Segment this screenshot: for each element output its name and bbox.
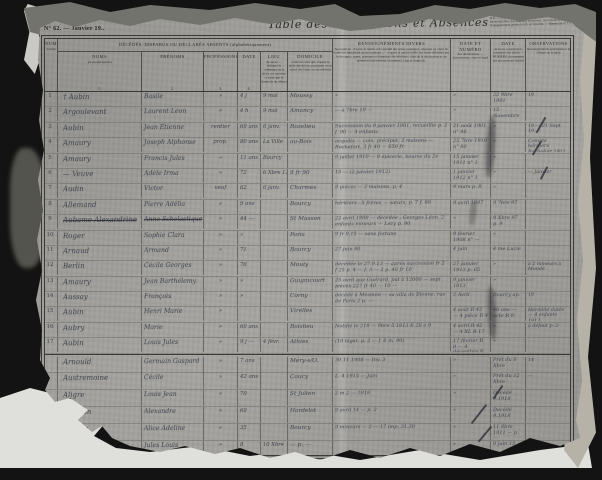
- cell-lieu: [261, 261, 288, 276]
- cell-date: 76: [238, 261, 261, 276]
- cell-nom: Arnaud: [58, 246, 142, 261]
- cell-renseignements: 25 avril que Guérard, put à 12000 — sept…: [333, 276, 451, 291]
- col-header-date: DATE 4.: [238, 52, 261, 92]
- cell-profession: »: [204, 215, 238, 230]
- table-row: 11 Arnaud Armand » 71 Bourcy 27 juin 90 …: [45, 246, 570, 261]
- cell-domicile: [288, 153, 333, 168]
- cell-prenoms: Marie: [142, 323, 204, 338]
- cell-profession: veuf: [204, 184, 238, 199]
- cell-prenoms: Louis Jules: [142, 338, 204, 353]
- cell-nom: Roger: [58, 230, 142, 245]
- cell-nom: Aubin: [58, 307, 142, 322]
- cell-lieu: 6 janv.: [261, 123, 288, 138]
- table-row: Aurillon Alexandre » 60 Hardelot 9 avril…: [45, 407, 570, 424]
- cell-declaration: 9 février 1908 n° —: [451, 230, 491, 245]
- table-row: 8 Allemand Pierre Adélia » 9 ans Bourcy …: [45, 200, 570, 215]
- cell-lieu: [261, 407, 288, 423]
- cell-observations: 19: [526, 92, 571, 107]
- cell-observations: [526, 153, 571, 168]
- cell-renseignements: 9 avril 14 — p. 2: [333, 407, 451, 424]
- cell-paiement: 22 9bre 1901: [491, 92, 526, 107]
- cell-observations: [526, 390, 571, 406]
- cell-renseignements: 9 fr 9,15 — sans fortune: [333, 230, 451, 245]
- cell-profession: »: [204, 407, 238, 423]
- cell-declaration: »: [451, 357, 491, 373]
- cell-renseignements: [333, 307, 451, 322]
- cell-nom: — Veuve: [58, 169, 142, 184]
- cell-domicile: Mouly: [288, 261, 333, 276]
- col-header-domicile: DOMICILE noms de ceux qui, d'après la ta…: [288, 52, 333, 92]
- cell-lieu: [261, 390, 288, 406]
- cell-lieu: 6 Xbre 11: [261, 169, 288, 184]
- cell-date: »: [238, 230, 261, 245]
- cell-date: 11 ans: [238, 153, 261, 168]
- cell-nom: Arnould: [58, 356, 142, 372]
- cell-prenoms: Germain Gaspard: [142, 356, 204, 372]
- cell-domicile: Virelles: [288, 307, 333, 322]
- cell-lieu: La Ville: [261, 138, 288, 153]
- cell-domicile: Bourcy: [288, 424, 333, 440]
- cell-domicile: Corny: [288, 292, 333, 307]
- cell-renseignements: décédé à Mesmon — sa villa de Bienne, ru…: [333, 292, 451, 307]
- cell-profession: »: [204, 424, 238, 440]
- cell-lieu: 10 Xbre: [261, 441, 288, 457]
- cell-observations: [526, 184, 571, 199]
- cell-observations: Hérédité datée — 4 enfants 1913: [526, 307, 571, 322]
- cell-prenoms: Louis Jean: [142, 390, 204, 406]
- cell-nom: Berlin: [58, 261, 142, 276]
- cell-lieu: [261, 246, 288, 261]
- col-header-numero: NUMÉRO d'ordre: [45, 39, 58, 92]
- cell-domicile: Moussy: [288, 92, 333, 107]
- cell-lieu: [261, 323, 288, 338]
- section-separator: [45, 354, 570, 356]
- cell-date: 35: [238, 424, 261, 440]
- group-header: DÉCÉDÉS, DISPARUS OU DÉCLARÉS ABSENTS (a…: [58, 39, 333, 52]
- cell-domicile: Coucy: [288, 373, 333, 389]
- cell-profession: »: [204, 373, 238, 389]
- cell-lieu: [261, 230, 288, 245]
- cell-domicile: Rozelieu: [288, 123, 333, 138]
- cell-prenoms: Henri Marie: [142, 307, 204, 322]
- cell-domicile: Charmes: [288, 184, 333, 199]
- cell-domicile: Bourcy: [288, 200, 333, 215]
- scanned-register-page: N° 62. — Janvier 19.. Table des Successi…: [0, 0, 602, 480]
- cell-domicile: Paris: [288, 230, 333, 245]
- cell-date: 70: [238, 390, 261, 406]
- cell-profession: »: [204, 153, 238, 168]
- col-header-lieu: LIEU du décès — indiquer la commune où l…: [261, 52, 288, 92]
- cell-nom: Aubame Alexandrine: [58, 215, 142, 230]
- cell-observations: [526, 246, 571, 261]
- cell-lieu: [261, 215, 288, 230]
- cell-numero: 17: [45, 338, 58, 352]
- cell-date: 60: [238, 407, 261, 423]
- cell-numero: 11: [45, 246, 58, 260]
- cell-numero: 13: [45, 277, 58, 291]
- cell-profession: »: [204, 323, 238, 338]
- cell-nom: Amaury: [58, 153, 142, 168]
- cell-profession: »: [204, 292, 238, 307]
- cell-declaration: 4 juin: [451, 246, 491, 261]
- cell-lieu: 9 mai: [261, 92, 288, 107]
- cell-renseignements: acquêts — com. préciput, 2 maisons — Roc…: [333, 138, 451, 153]
- cell-profession: »: [204, 307, 238, 322]
- cell-prenoms: Laurent Léon: [142, 107, 204, 122]
- cell-lieu: [261, 357, 288, 373]
- cell-numero: 14: [45, 292, 58, 306]
- cell-domicile: Amancy: [288, 107, 333, 122]
- cell-domicile: Athies: [288, 338, 333, 353]
- cell-paiement: 9 7bre 97: [491, 200, 526, 215]
- cell-renseignements: 22 avril 1908 — décédée ; Georges Léon, …: [333, 215, 451, 230]
- cell-prenoms: Anne Scholastique: [142, 215, 204, 230]
- cell-prenoms: François: [142, 292, 204, 307]
- cell-profession: rentier: [204, 123, 238, 138]
- table-row: 1 † Aubin Basile » 4 j 9 mai Moussy » » …: [45, 92, 570, 107]
- table-row: 17 Aubin Louis Jules » 9 j — 4 févr. Ath…: [45, 338, 570, 353]
- cell-prenoms: Victor: [142, 184, 204, 199]
- cell-paiement: »: [491, 230, 526, 245]
- cell-prenoms: Cécile: [142, 373, 204, 389]
- cell-prenoms: Jean Barthélemy: [142, 276, 204, 291]
- cell-observations: [526, 107, 571, 122]
- cell-date: 71: [238, 246, 261, 261]
- cell-nom: Argoulevant: [58, 107, 142, 122]
- cell-paiement: »: [491, 153, 526, 168]
- cell-paiement: »: [491, 184, 526, 199]
- cell-date: 8: [238, 441, 261, 457]
- col-header-prenoms: PRÉNOMS 2.: [142, 52, 204, 92]
- cell-renseignements: Succession du 9 janvier 1901, recueillie…: [333, 122, 451, 137]
- cell-nom: Austremoine: [58, 373, 142, 389]
- cell-renseignements: »: [333, 92, 451, 107]
- cell-numero: 4: [45, 138, 58, 152]
- cell-domicile: Méry-s/O.: [288, 356, 333, 372]
- cell-declaration: 21 août 1901 n° 46: [451, 123, 491, 138]
- cell-date: 60 ans: [238, 323, 261, 338]
- cell-lieu: [261, 424, 288, 440]
- cell-nom: Aubin: [58, 338, 142, 353]
- table-row: Aligre Louis Jean » 70 St Julien 2 m 2 —…: [45, 390, 570, 407]
- cell-numero: 16: [45, 323, 58, 337]
- cell-observations: [526, 200, 571, 215]
- cell-numero: 10: [45, 230, 58, 244]
- cell-date: »: [238, 292, 261, 307]
- cell-date: 9 j —: [238, 338, 261, 353]
- cell-domicile: St Julien: [288, 390, 333, 406]
- table-header: NUMÉRO d'ordre DÉCÉDÉS, DISPARUS OU DÉCL…: [45, 39, 570, 92]
- cell-declaration: 4 août R 42 — 4 pièce R 4: [451, 307, 491, 322]
- cell-paiement: Bourcy ap.: [491, 292, 526, 307]
- cell-lieu: 4 févr.: [261, 338, 288, 353]
- cell-domicile: Boislieu: [288, 323, 333, 338]
- cell-prenoms: Basile: [142, 92, 204, 107]
- cell-domicile: Guignicourt: [288, 277, 333, 292]
- table-row: 9 Aubame Alexandrine Anne Scholastique »…: [45, 215, 570, 230]
- register-sheet: N° 62. — Janvier 19.. Table des Successi…: [0, 0, 602, 480]
- cell-prenoms: Jean Étienne: [142, 123, 204, 138]
- cell-prenoms: Alice Adeline: [142, 424, 204, 440]
- cell-date: 4 h: [238, 107, 261, 122]
- cell-prenoms: Armand: [142, 246, 204, 261]
- cell-prenoms: Pierre Adélia: [142, 200, 204, 215]
- cell-renseignements: Notifié le 218 — 9bre 5 1913 E 28 o 9: [333, 322, 451, 337]
- cell-declaration: 27 janvier 1913 p. 65: [451, 261, 491, 276]
- table-row: Arnould Germain Gaspard » 7 ans Méry-s/O…: [45, 357, 570, 374]
- cell-profession: »: [204, 357, 238, 373]
- cell-paiement: »: [491, 123, 526, 138]
- cell-date: [238, 307, 261, 322]
- cell-declaration: 9 janvier 1913: [451, 277, 491, 292]
- cell-observations: à 2 mineurs à Mondé: [526, 261, 571, 276]
- cell-domicile: St Masson: [288, 215, 333, 230]
- cell-numero: 1: [45, 92, 58, 106]
- cell-paiement: »: [491, 261, 526, 276]
- cell-paiement: »: [491, 338, 526, 353]
- cell-date: 7 ans: [238, 357, 261, 373]
- cell-domicile: Hardelot: [288, 407, 333, 423]
- cell-renseignements: héritiers : 5 frères — sœurs, p. 7 f. 90: [333, 199, 451, 214]
- cell-observations: [526, 277, 571, 292]
- cell-profession: »: [204, 338, 238, 353]
- cell-numero: 12: [45, 261, 58, 275]
- cell-date: 72: [238, 169, 261, 184]
- cell-paiement: »: [491, 169, 526, 184]
- cell-paiement: 15 Novembre: [491, 107, 526, 122]
- cell-date: 4 j: [238, 92, 261, 107]
- cell-observations: — Janvier: [526, 169, 571, 184]
- cell-date: 44 —: [238, 215, 261, 230]
- cell-prenoms: Adèle Irma: [142, 169, 204, 184]
- cell-observations: [526, 424, 571, 440]
- cell-profession: »: [204, 261, 238, 276]
- cell-profession: »: [204, 107, 238, 122]
- cell-date: 62: [238, 184, 261, 199]
- cell-numero: 8: [45, 200, 58, 214]
- cell-prenoms: Cécile Georges: [142, 261, 204, 276]
- col-header-professions: PROFESSIONS 3.: [204, 52, 238, 92]
- cell-nom: † Aubin: [58, 92, 142, 107]
- cell-observations: [526, 338, 571, 353]
- table-row: Austremoine Cécile » 42 ans Coucy L. 4 1…: [45, 373, 570, 390]
- cell-paiement: 11 8bre 1911 — p. —: [491, 424, 526, 440]
- cell-paiement: »: [491, 138, 526, 153]
- cell-profession: »: [204, 277, 238, 292]
- cell-renseignements: 9 juillet 1910 — 9 épicerie, bourse du 2…: [333, 153, 451, 168]
- cell-profession: »: [204, 246, 238, 261]
- cell-renseignements: (10 légat. p. 2 — f. 6 m. 90): [333, 338, 451, 353]
- cell-declaration: 9 mars p. 8: [451, 184, 491, 199]
- cell-lieu: [261, 277, 288, 292]
- cell-renseignements: décédée le 27.9.13 — après succession fr…: [333, 261, 451, 276]
- col-header-declarations: DATE ET NUMÉRO des déclarations — (succe…: [451, 39, 491, 92]
- cell-observations: —: [526, 373, 571, 389]
- cell-observations: à défaut p. 2: [526, 323, 571, 338]
- cell-observations: [526, 230, 571, 245]
- cell-date: 42 ans: [238, 373, 261, 389]
- cell-numero: 2: [45, 107, 58, 121]
- table-row: 10 Roger Sophie Clara » » Paris 9 fr 9,1…: [45, 231, 570, 246]
- col-header-observations: OBSERVATIONS Renseignements postérieurs …: [526, 39, 571, 92]
- cell-lieu: 9 mai: [261, 107, 288, 122]
- cell-nom: Amaury: [58, 276, 142, 291]
- cell-lieu: [261, 200, 288, 215]
- cell-numero: 15: [45, 307, 58, 321]
- cell-paiement: Décédé 9.1918: [491, 407, 526, 423]
- cell-date: 9 ans: [238, 200, 261, 215]
- cell-numero: [45, 373, 58, 389]
- cell-paiement: »: [491, 277, 526, 292]
- cell-profession: »: [204, 230, 238, 245]
- cell-observations: 14: [526, 356, 571, 372]
- cell-observations: [526, 215, 571, 230]
- cell-paiement: Prêt du 12 Xbre: [491, 373, 526, 389]
- cell-renseignements: 9 mineurs — 2 — 17 imp. 31.30: [333, 423, 451, 440]
- cell-declaration: 2 Avril: [451, 292, 491, 307]
- cell-renseignements: 2 m 2 — 1918: [333, 390, 451, 407]
- cell-nom: Aubry: [58, 323, 142, 338]
- cell-profession: »: [204, 390, 238, 406]
- cell-profession: »: [204, 169, 238, 184]
- cell-numero: [45, 357, 58, 373]
- cell-nom: Audin: [58, 184, 142, 199]
- cell-profession: »: [204, 200, 238, 215]
- col-header-paiement: DATE de l'acte constatant le paiement de…: [491, 39, 526, 92]
- table-row: 7 Audin Victor veuf 62 6 janv. Charmes 9…: [45, 184, 570, 199]
- document-number: N° 62. — Janvier 19..: [44, 26, 105, 32]
- cell-lieu: Bourcy: [261, 153, 288, 168]
- cell-nom: Amaury: [58, 138, 142, 153]
- cell-nom: Allemand: [58, 199, 142, 214]
- cell-profession: prop.: [204, 138, 238, 153]
- cell-nom: Aussay: [58, 292, 142, 307]
- cell-domicile: 9 fr 90: [288, 169, 333, 184]
- cell-declaration: »: [451, 373, 491, 389]
- succession-table: NUMÉRO d'ordre DÉCÉDÉS, DISPARUS OU DÉCL…: [44, 38, 571, 456]
- cell-prenoms: Alexandre: [142, 407, 204, 423]
- cell-lieu: [261, 373, 288, 389]
- cell-nom: Aubin: [58, 122, 142, 137]
- cell-observations: [526, 407, 571, 423]
- cell-declaration: »: [451, 107, 491, 122]
- cell-declaration: 17 février R 8 — 4 décembre R 17: [451, 338, 491, 353]
- cell-declaration: »: [451, 92, 491, 107]
- col-header-renseignements: RENSEIGNEMENTS DIVERS Successions : d'ap…: [333, 39, 451, 92]
- cell-paiement: Prêt du 8 Xbre: [491, 357, 526, 373]
- cell-date: 80 ans: [238, 138, 261, 153]
- cell-renseignements: 15 — (2 janvier 1912): [333, 169, 451, 184]
- cell-paiement: 4 me Lucie: [491, 246, 526, 261]
- cell-date: »: [238, 277, 261, 292]
- cell-lieu: [261, 307, 288, 322]
- cell-date: 60 ans: [238, 123, 261, 138]
- cell-renseignements: L. 4 1915 — Juin: [333, 373, 451, 390]
- cell-profession: »: [204, 92, 238, 107]
- cell-declaration: 4 avril R 42 — 4 XL R 17: [451, 323, 491, 338]
- cell-domicile: au-Bois: [288, 138, 333, 153]
- cell-numero: 5: [45, 154, 58, 168]
- cell-renseignements: 9 pièces — 2 maisons, p. 4: [333, 184, 451, 199]
- cell-renseignements: 27 juin 90: [333, 245, 451, 260]
- cell-domicile: Bourcy: [288, 246, 333, 261]
- cell-numero: 6: [45, 169, 58, 183]
- cell-renseignements: 30.11.1908 — Inv. 3: [333, 356, 451, 373]
- cell-lieu: [261, 292, 288, 307]
- cell-prenoms: Sophie Clara: [142, 230, 204, 245]
- cell-prenoms: Francis Jules: [142, 153, 204, 168]
- table-row: 12 Berlin Cécile Georges » 76 Mouly décé…: [45, 261, 570, 276]
- cell-renseignements: — à 7bre 19 —: [333, 107, 451, 122]
- cell-prenoms: Joseph Alphonse: [142, 138, 204, 153]
- cell-numero: 3: [45, 123, 58, 137]
- cell-paiement: 9 Xbre 97 p. 9: [491, 215, 526, 230]
- cell-declaration: »: [451, 440, 491, 456]
- cell-observations: 18 — 21 Sept. 19: [526, 123, 571, 138]
- cell-numero: 9: [45, 215, 58, 229]
- col-header-noms: NOMS (et pseudonymes) 1.: [58, 52, 142, 92]
- cell-observations: 19: [526, 292, 571, 307]
- cell-numero: 7: [45, 184, 58, 198]
- cell-lieu: 6 janv.: [261, 184, 288, 199]
